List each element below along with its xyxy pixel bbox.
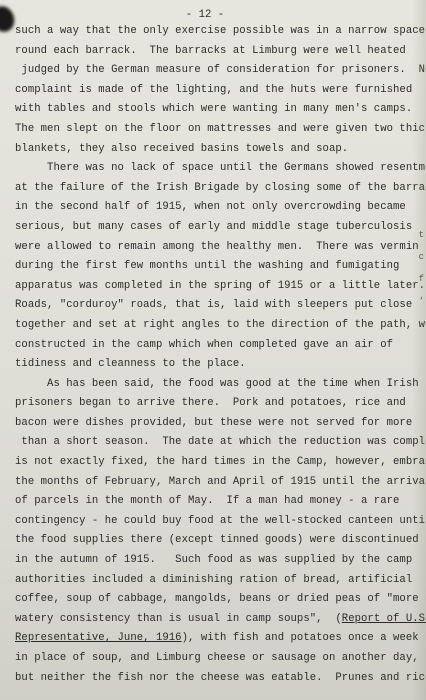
citation-underlined: Report of U.S. (342, 613, 426, 625)
text-line: of parcels in the month of May. If a man… (15, 492, 415, 512)
text-segment: ), with fish and potatoes once a week (182, 632, 419, 644)
text-line: Roads, "corduroy" roads, that is, laid w… (15, 296, 415, 316)
text-line: is not exactly fixed, the hard times in … (15, 453, 415, 473)
text-line: in the autumn of 1915. Such food as was … (15, 551, 415, 571)
text-line: the food supplies there (except tinned g… (15, 531, 415, 551)
typewritten-text: - 12 - such a way that the only exercise… (15, 8, 415, 688)
text-line: during the first few months until the wa… (15, 257, 415, 277)
text-line: constructed in the camp which when compl… (15, 336, 415, 356)
document-page: - 12 - such a way that the only exercise… (0, 0, 426, 700)
margin-mark: t (419, 230, 424, 252)
text-line: than a short season. The date at which t… (15, 433, 415, 453)
text-line: but neither the fish nor the cheese was … (15, 669, 415, 689)
text-line: coffee, soup of cabbage, mangolds, beans… (15, 590, 415, 610)
text-line: were allowed to remain among the healthy… (15, 238, 415, 258)
margin-mark: ‘ (419, 296, 424, 318)
text-line: authorities included a diminishing ratio… (15, 571, 415, 591)
text-line: at the failure of the Irish Brigade by c… (15, 179, 415, 199)
text-line: complaint is made of the lighting, and t… (15, 81, 415, 101)
text-line: tidiness and cleanness to the place. (15, 355, 415, 375)
text-line: in place of soup, and Limburg cheese or … (15, 649, 415, 669)
page-number: - 12 - (0, 8, 415, 22)
text-line: with tables and stools which were wantin… (15, 100, 415, 120)
text-line: prisoners began to arrive there. Pork an… (15, 394, 415, 414)
text-line: blankets, they also received basins towe… (15, 140, 415, 160)
text-line: As has been said, the food was good at t… (15, 375, 415, 395)
text-line: Representative, June, 1916), with fish a… (15, 629, 415, 649)
citation-underlined: Representative, June, 1916 (15, 632, 182, 644)
text-line: bacon were dishes provided, but these we… (15, 414, 415, 434)
text-line: apparatus was completed in the spring of… (15, 277, 415, 297)
text-line: in the second half of 1915, when not onl… (15, 198, 415, 218)
text-line: The men slept on the floor on mattresses… (15, 120, 415, 140)
text-segment: watery consistency than is usual in camp… (15, 613, 342, 625)
margin-mark: c (419, 252, 424, 274)
text-line: the months of February, March and April … (15, 473, 415, 493)
text-line: There was no lack of space until the Ger… (15, 159, 415, 179)
text-line: contingency - he could buy food at the w… (15, 512, 415, 532)
text-line: round each barrack. The barracks at Limb… (15, 42, 415, 62)
margin-mark: f (419, 274, 424, 296)
text-line: together and set at right angles to the … (15, 316, 415, 336)
margin-bleed-marks: t c f ‘ (419, 230, 424, 318)
text-line: judged by the German measure of consider… (15, 61, 415, 81)
text-line: such a way that the only exercise possib… (15, 22, 415, 42)
text-line: watery consistency than is usual in camp… (15, 610, 415, 630)
text-line: serious, but many cases of early and mid… (15, 218, 415, 238)
